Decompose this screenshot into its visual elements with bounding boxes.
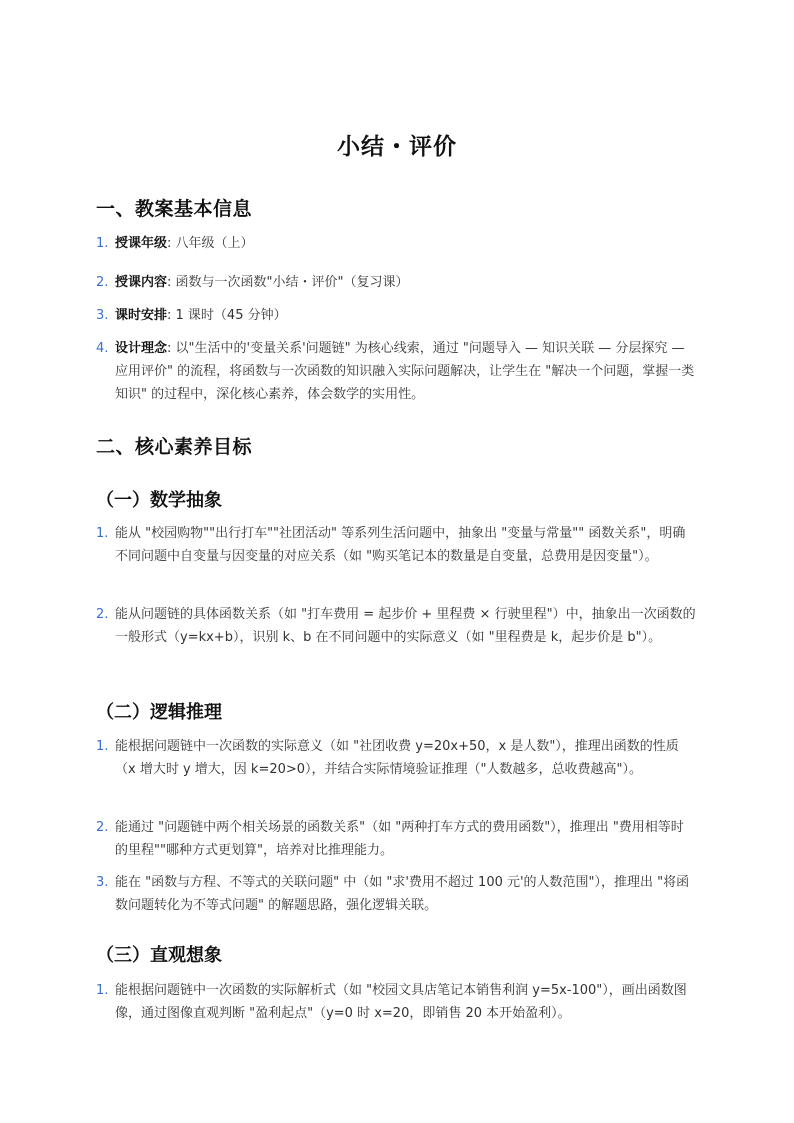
label-separator: : [167,236,176,251]
list-item: 1. 授课年级: 八年级（上） [96,232,696,255]
item-label: 设计理念 [115,341,167,356]
item-text: 函数与一次函数"小结・评价"（复习课） [176,275,409,290]
list-item: 1. 能根据问题链中一次函数的实际解析式（如 "校园文具店笔记本销售利润 y=5… [96,979,696,1025]
list-item: 1. 能从 "校园购物""出行打车""社团活动" 等系列生活问题中，抽象出 "变… [96,522,696,568]
item-label: 课时安排 [115,308,167,323]
subsection-heading-abstraction: （一）数学抽象 [96,486,222,512]
section-heading-basic-info: 一、教案基本信息 [96,194,252,221]
label-separator: : [167,308,176,323]
list-number: 2. [96,271,114,294]
list-number: 1. [96,735,114,758]
list-item: 3. 课时安排: 1 课时（45 分钟） [96,304,696,327]
list-item: 3. 能在 "函数与方程、不等式的关联问题" 中（如 "求'费用不超过 100 … [96,871,696,917]
list-number: 2. [96,603,114,626]
item-text: 能从问题链的具体函数关系（如 "打车费用 = 起步价 + 里程费 × 行驶里程"… [115,603,696,649]
list-number: 2. [96,816,114,839]
item-text: 能通过 "问题链中两个相关场景的函数关系"（如 "两种打车方式的费用函数"），推… [115,816,696,862]
list-number: 1. [96,522,114,545]
section-heading-core-goals: 二、核心素养目标 [96,432,252,459]
list-number: 4. [96,337,114,360]
item-text: 1 课时（45 分钟） [176,308,287,323]
item-label: 授课年级 [115,236,167,251]
list-item: 1. 能根据问题链中一次函数的实际意义（如 "社团收费 y=20x+50，x 是… [96,735,696,781]
list-number: 1. [96,979,114,1002]
list-number: 3. [96,304,114,327]
list-item: 2. 能通过 "问题链中两个相关场景的函数关系"（如 "两种打车方式的费用函数"… [96,816,696,862]
document-page: 小结・评价 一、教案基本信息 1. 授课年级: 八年级（上） 2. 授课内容: … [0,0,794,1123]
subsection-heading-reasoning: （二）逻辑推理 [96,698,222,724]
label-separator: : [167,341,176,356]
list-item: 2. 授课内容: 函数与一次函数"小结・评价"（复习课） [96,271,696,294]
list-number: 1. [96,232,114,255]
list-number: 3. [96,871,114,894]
item-label: 授课内容 [115,275,167,290]
item-text: 能从 "校园购物""出行打车""社团活动" 等系列生活问题中，抽象出 "变量与常… [115,522,696,568]
label-separator: : [167,275,176,290]
list-item: 2. 能从问题链的具体函数关系（如 "打车费用 = 起步价 + 里程费 × 行驶… [96,603,696,649]
item-text: 八年级（上） [176,236,254,251]
document-title: 小结・评价 [0,128,794,161]
item-text: 以"生活中的'变量关系'问题链" 为核心线索，通过 "问题导入 — 知识关联 —… [115,341,694,402]
item-text: 能在 "函数与方程、不等式的关联问题" 中（如 "求'费用不超过 100 元'的… [115,871,696,917]
list-item: 4. 设计理念: 以"生活中的'变量关系'问题链" 为核心线索，通过 "问题导入… [96,337,696,406]
subsection-heading-visualization: （三）直观想象 [96,941,222,967]
item-text: 能根据问题链中一次函数的实际解析式（如 "校园文具店笔记本销售利润 y=5x-1… [115,979,696,1025]
item-text: 能根据问题链中一次函数的实际意义（如 "社团收费 y=20x+50，x 是人数"… [115,735,696,781]
